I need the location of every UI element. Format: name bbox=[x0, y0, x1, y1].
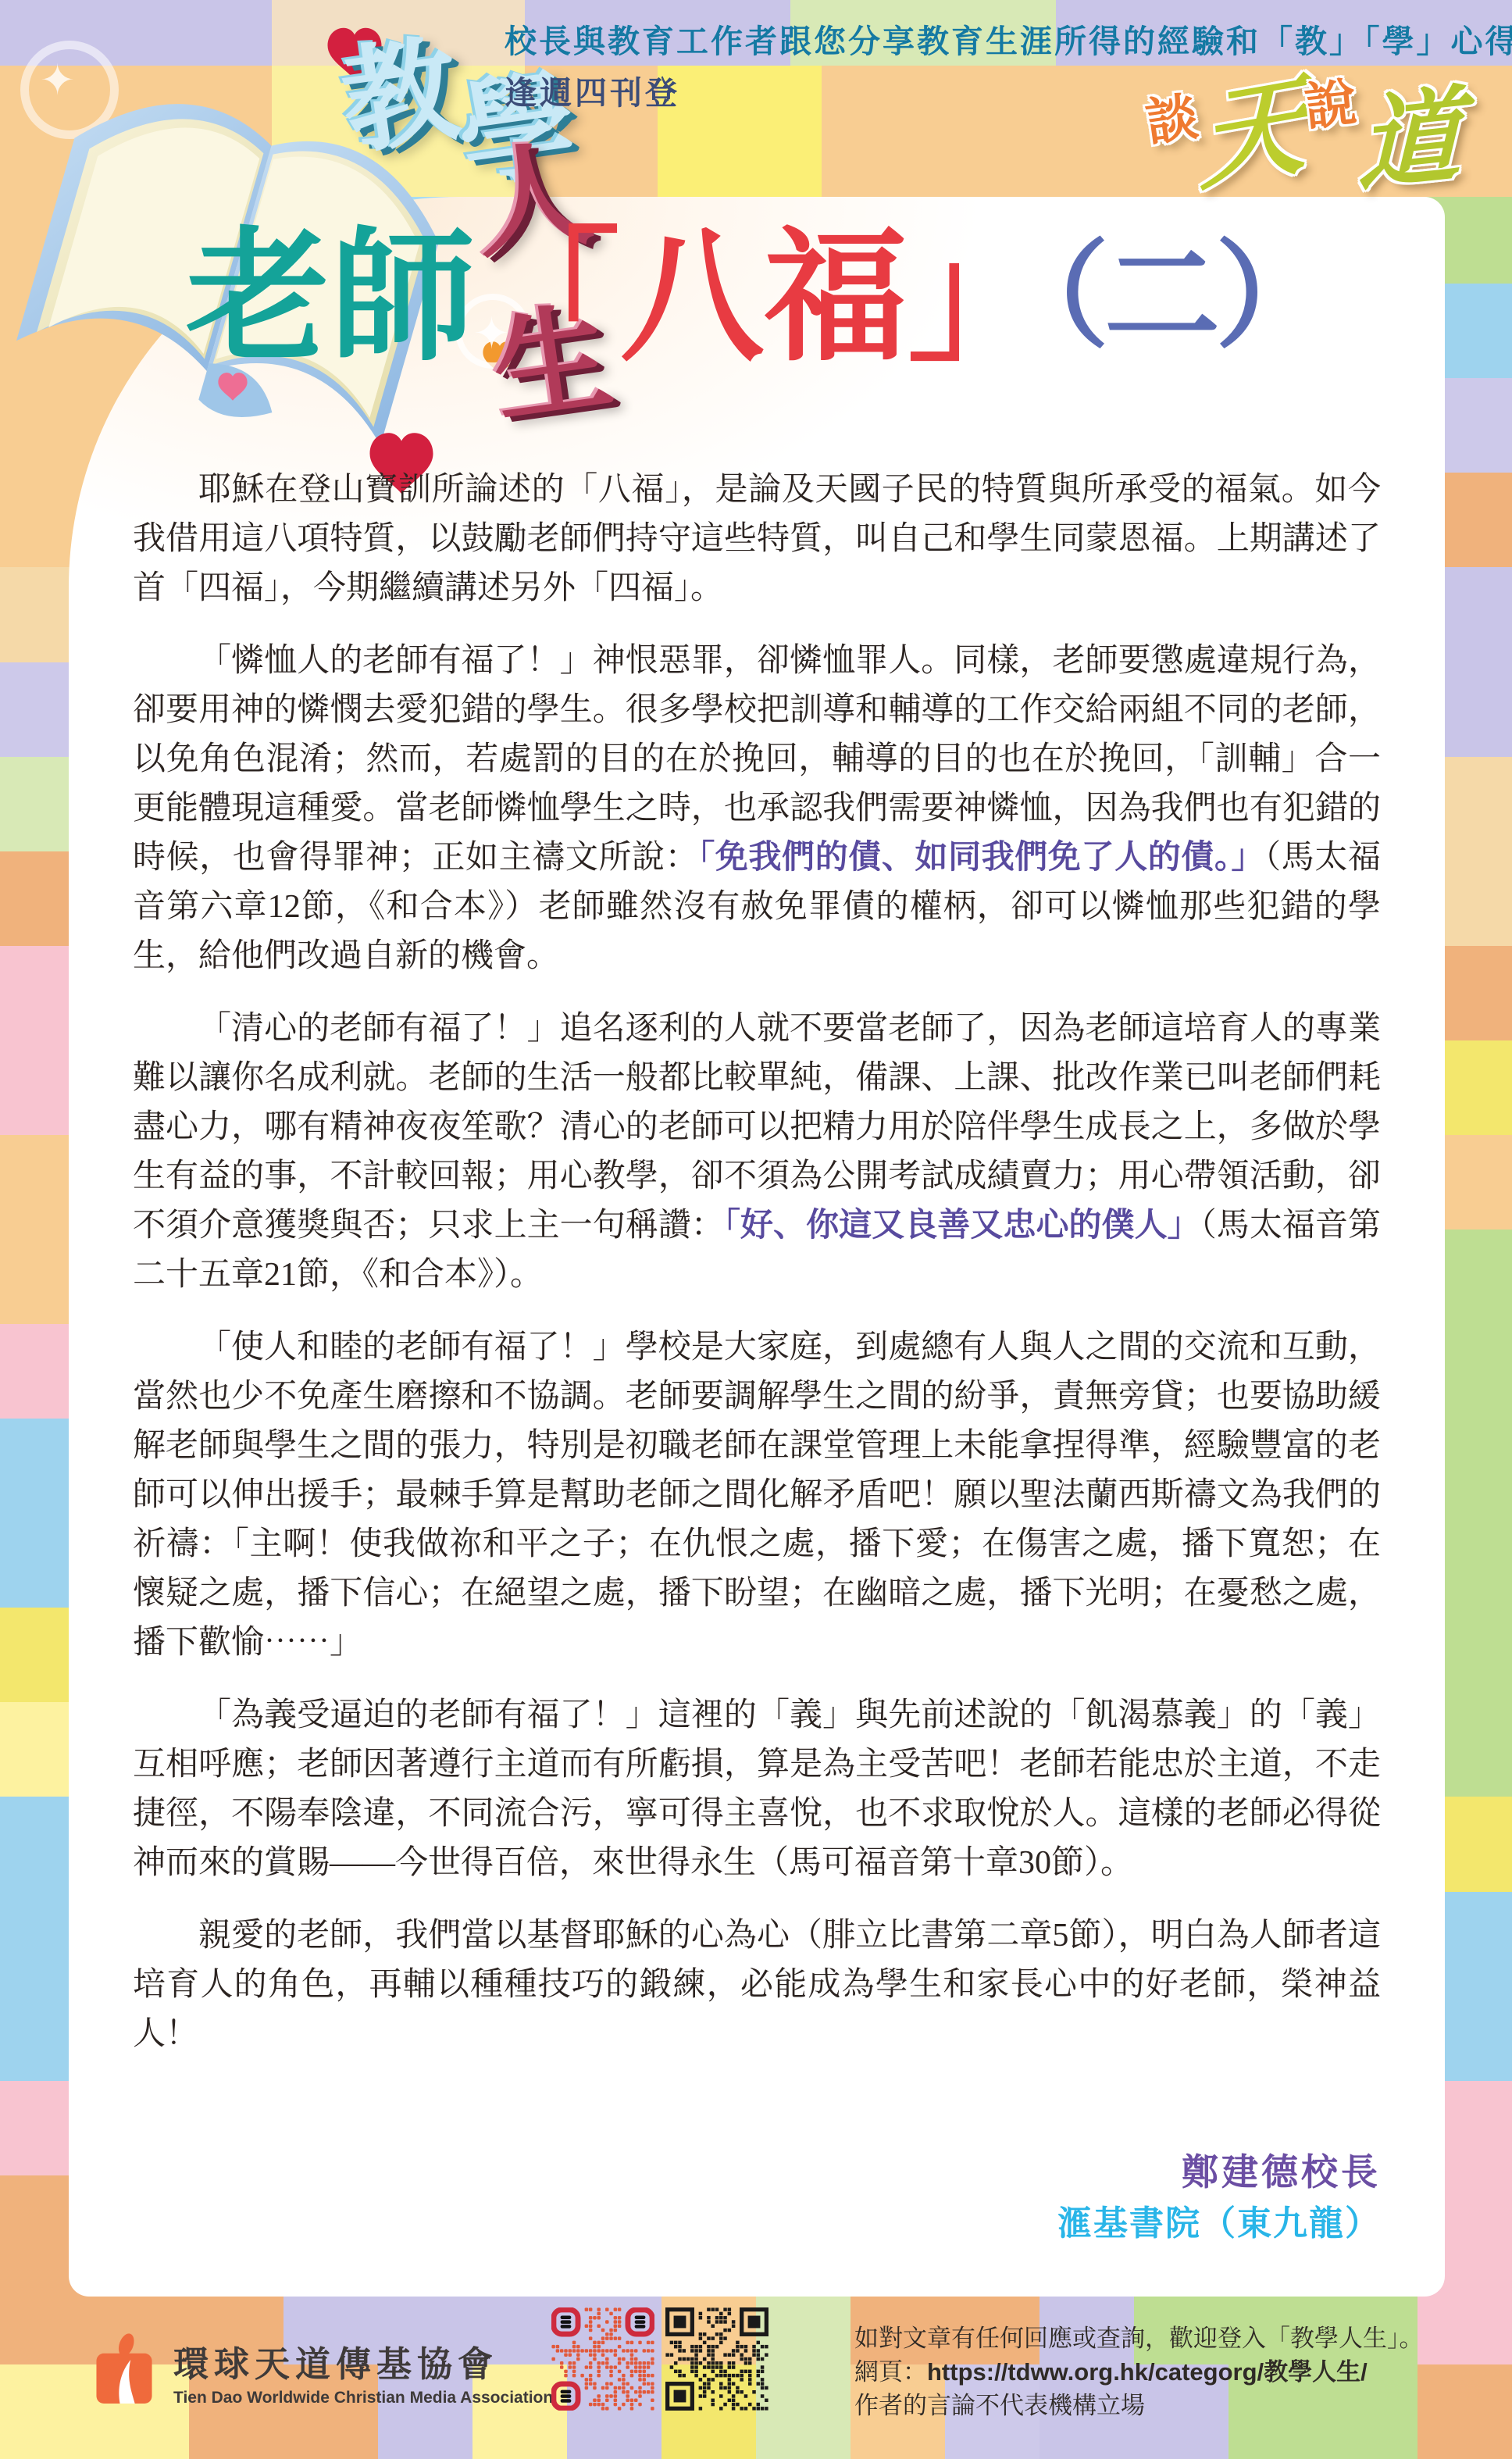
scripture-quote: 「免我們的債、如同我們免了人的債。」 bbox=[698, 840, 1264, 876]
sparkle-icon bbox=[20, 41, 119, 139]
paragraph: 「清心的老師有福了！」追名逐利的人就不要當老師了，因為老師這培育人的專業難以讓你… bbox=[133, 1005, 1381, 1300]
paragraph: 耶穌在登山寶訓所論述的「八福」，是論及天國子民的特質與所承受的福氣。如今我借用這… bbox=[133, 466, 1381, 613]
text-segment: 親愛的老師，我們當以基督耶穌的心為心（腓立比書第二章5節），明白為人師者這培育人… bbox=[133, 1918, 1381, 2052]
header-tagline-line1: 校長與教育工作者跟您分享教育生涯所得的經驗和「教」「學」心得 bbox=[505, 16, 1512, 62]
paragraph: 「為義受逼迫的老師有福了！」這裡的「義」與先前述說的「飢渴慕義」的「義」互相呼應… bbox=[133, 1691, 1381, 1888]
column-logo-char: 說 bbox=[1303, 76, 1360, 133]
footer-note-line2: 網頁：https://tdww.org.hk/categorg/教學人生/ bbox=[854, 2355, 1424, 2389]
header-tagline-line2: 逢週四刊登 bbox=[505, 67, 680, 113]
org-block: 環球天道傳基協會 Tien Dao Worldwide Christian Me… bbox=[92, 2331, 553, 2412]
column-logo-char: 道 bbox=[1358, 84, 1460, 198]
article-title: 老師「八福」（二） bbox=[0, 225, 1512, 369]
footer-note-line1: 如對文章有任何回應或查詢，歡迎登入「教學人生」。 bbox=[854, 2322, 1424, 2355]
scripture-quote: 「好、你這又良善又忠心的僕人」 bbox=[724, 1208, 1200, 1244]
author-name: 鄭建德校長 bbox=[1057, 2150, 1381, 2196]
footer-url: https://tdww.org.hk/categorg/教學人生/ bbox=[927, 2358, 1368, 2386]
footer-url-label: 網頁： bbox=[854, 2358, 927, 2386]
article: 耶穌在登山寶訓所論述的「八福」，是論及天國子民的特質與所承受的福氣。如今我借用這… bbox=[133, 466, 1381, 2082]
footer-note-line3: 作者的言論不代表機構立場 bbox=[854, 2389, 1424, 2422]
org-name-en: Tien Dao Worldwide Christian Media Assoc… bbox=[173, 2389, 553, 2407]
org-name-zh: 環球天道傳基協會 bbox=[173, 2345, 553, 2384]
column-logo-char: 談 bbox=[1143, 91, 1201, 149]
footer-note: 如對文章有任何回應或查詢，歡迎登入「教學人生」。 網頁：https://tdww… bbox=[854, 2322, 1424, 2422]
org-candle-logo-icon bbox=[92, 2331, 156, 2412]
author-school: 滙基書院（東九龍） bbox=[1057, 2202, 1381, 2245]
paragraph: 親愛的老師，我們當以基督耶穌的心為心（腓立比書第二章5節），明白為人師者這培育人… bbox=[133, 1911, 1381, 2059]
title-part-number: （二） bbox=[1051, 232, 1326, 361]
paragraph: 「憐恤人的老師有福了！」神恨惡罪，卻憐恤罪人。同樣，老師要懲處違規行為，卻要用神… bbox=[133, 637, 1381, 981]
qr-code-orange bbox=[551, 2307, 654, 2411]
column-logo: 談天說道 bbox=[1145, 73, 1463, 191]
text-segment: 「使人和睦的老師有福了！」學校是大家庭，到處總有人與人之間的交流和互動，當然也少… bbox=[133, 1329, 1381, 1661]
title-part-red: 「八福」 bbox=[476, 216, 1051, 377]
text-segment: 耶穌在登山寶訓所論述的「八福」，是論及天國子民的特質與所承受的福氣。如今我借用這… bbox=[133, 472, 1381, 606]
footer: 環球天道傳基協會 Tien Dao Worldwide Christian Me… bbox=[0, 2297, 1512, 2459]
text-segment: 「為義受逼迫的老師有福了！」這裡的「義」與先前述說的「飢渴慕義」的「義」互相呼應… bbox=[133, 1697, 1381, 1881]
signature-block: 鄭建德校長 滙基書院（東九龍） bbox=[1057, 2150, 1381, 2245]
column-logo-char: 天 bbox=[1197, 70, 1307, 198]
paragraph: 「使人和睦的老師有福了！」學校是大家庭，到處總有人與人之間的交流和互動，當然也少… bbox=[133, 1323, 1381, 1668]
title-part-teal: 老師 bbox=[186, 216, 476, 377]
qr-code-black bbox=[665, 2307, 768, 2411]
magazine-page: ✦ 教學 人生 談天說道 校長與教育工作者跟您分享教育生涯所得的經驗和「教」「學… bbox=[0, 0, 1512, 2459]
